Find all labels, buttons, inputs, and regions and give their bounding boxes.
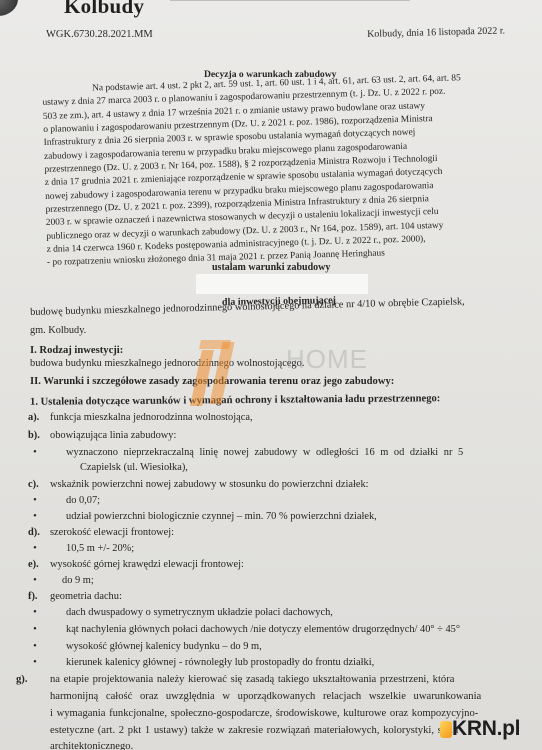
krn-logo-icon (440, 721, 452, 738)
item-c: c).wskaźnik powierzchni nowej zabudowy w… (28, 479, 369, 490)
item-text: wskaźnik powierzchni nowej zabudowy w st… (50, 479, 369, 490)
legal-basis-paragraph: Na podstawie art. 4 ust. 2 pkt 2, art. 5… (42, 69, 542, 270)
bullet-text: kierunek kalenicy głównej - równoległy l… (42, 657, 374, 668)
item-label: f). (28, 591, 50, 602)
item-b: b).obowiązująca linia zabudowy: (28, 430, 176, 441)
item-e: e).wysokość górnej krawędzi elewacji fro… (28, 559, 244, 570)
item-b-bullet: •wyznaczono nieprzekraczalną linię nowej… (28, 447, 463, 458)
home-logo-icon (199, 340, 231, 349)
item-f-bullet: •kierunek kalenicy głównej - równoległy … (28, 657, 374, 668)
section-2-heading: II. Warunki i szczegółowe zasady zagospo… (30, 376, 394, 387)
document-date: Kolbudy, dnia 16 listopada 2022 r. (367, 25, 505, 40)
item-label: c). (28, 479, 50, 490)
coat-of-arms-icon (0, 0, 18, 16)
item-label: d). (28, 527, 50, 538)
document-page: Kolbudy WGK.6730.28.2021.MM Kolbudy, dni… (0, 0, 542, 750)
item-g-line: architektonicznego. (50, 741, 133, 750)
bullet-text: wyznaczono nieprzekraczalną linię nowej … (42, 447, 463, 458)
bullet-text: do 9 m; (42, 575, 94, 586)
item-text: szerokość elewacji frontowej: (50, 527, 174, 538)
item-f-bullet: •kąt nachylenia głównych połaci dachowyc… (28, 624, 460, 635)
bullet-text: udział powierzchni biologicznie czynnej … (42, 511, 377, 522)
bullet-icon: • (28, 607, 42, 618)
organization-name: Kolbudy (64, 0, 144, 19)
bullet-icon: • (28, 657, 42, 668)
bullet-icon: • (28, 511, 42, 522)
item-label: a). (28, 412, 50, 423)
bullet-text: 10,5 m +/- 20%; (42, 543, 134, 554)
item-text: funkcja mieszkalna jednorodzinna wolnost… (50, 412, 253, 423)
bullet-icon: • (28, 624, 42, 635)
section-1-heading: I. Rodzaj inwestycji: (30, 345, 123, 356)
item-label: b). (28, 430, 50, 441)
section-1-text: budowa budynku mieszkalnego jednorodzinn… (30, 358, 304, 369)
item-g: g).na etapie projektowania należy kierow… (16, 674, 454, 685)
item-f-bullet: •wysokość głównej kalenicy budynku – do … (28, 641, 262, 652)
item-label: g). (16, 674, 50, 685)
case-signature: WGK.6730.28.2021.MM (46, 29, 153, 40)
bullet-icon: • (28, 641, 42, 652)
item-b-bullet-cont: Czapielsk (ul. Wiesiołka), (80, 462, 188, 473)
item-f-bullet: •dach dwuspadowy o symetrycznym układzie… (28, 607, 333, 618)
item-e-bullet: •do 9 m; (28, 575, 94, 586)
krn-watermark: KRN.pl (452, 717, 520, 741)
item-g-line: i wymagania funkcjonalne, społeczno-gosp… (50, 708, 478, 719)
decision-heading: ustalam warunki zabudowy (212, 262, 330, 273)
investment-location: gm. Kolbudy. (30, 325, 542, 336)
bullet-icon: • (28, 495, 42, 506)
bullet-icon: • (28, 447, 42, 458)
item-d: d).szerokość elewacji frontowej: (28, 527, 174, 538)
bullet-icon: • (28, 543, 42, 554)
bullet-text: dach dwuspadowy o symetrycznym układzie … (42, 607, 333, 618)
item-text: geometria dachu: (50, 591, 122, 602)
redacted-area (196, 274, 368, 294)
item-label: e). (28, 559, 50, 570)
header-divider (170, 0, 410, 1)
item-d-bullet: •10,5 m +/- 20%; (28, 543, 134, 554)
bullet-text: do 0,07; (42, 495, 100, 506)
item-text: obowiązująca linia zabudowy: (50, 430, 176, 441)
bullet-text: kąt nachylenia głównych połaci dachowych… (42, 624, 460, 635)
bullet-icon: • (28, 575, 42, 586)
item-c-bullet: •do 0,07; (28, 495, 100, 506)
bullet-text: wysokość głównej kalenicy budynku – do 9… (42, 641, 262, 652)
item-text: wysokość górnej krawędzi elewacji fronto… (50, 559, 244, 570)
item-a: a).funkcja mieszkalna jednorodzinna woln… (28, 412, 253, 423)
item-g-line: estetyczne (art. 2 pkt 1 ustawy) także w… (50, 725, 458, 736)
item-f: f).geometria dachu: (28, 591, 122, 602)
section-2-1-heading: 1. Ustalenia dotyczące warunków i wymaga… (30, 393, 440, 408)
item-g-line: harmonijną całość oraz uwzględnia w upor… (50, 691, 481, 702)
item-c-bullet: •udział powierzchni biologicznie czynnej… (28, 511, 377, 522)
item-text: na etapie projektowania należy kierować … (50, 674, 454, 685)
